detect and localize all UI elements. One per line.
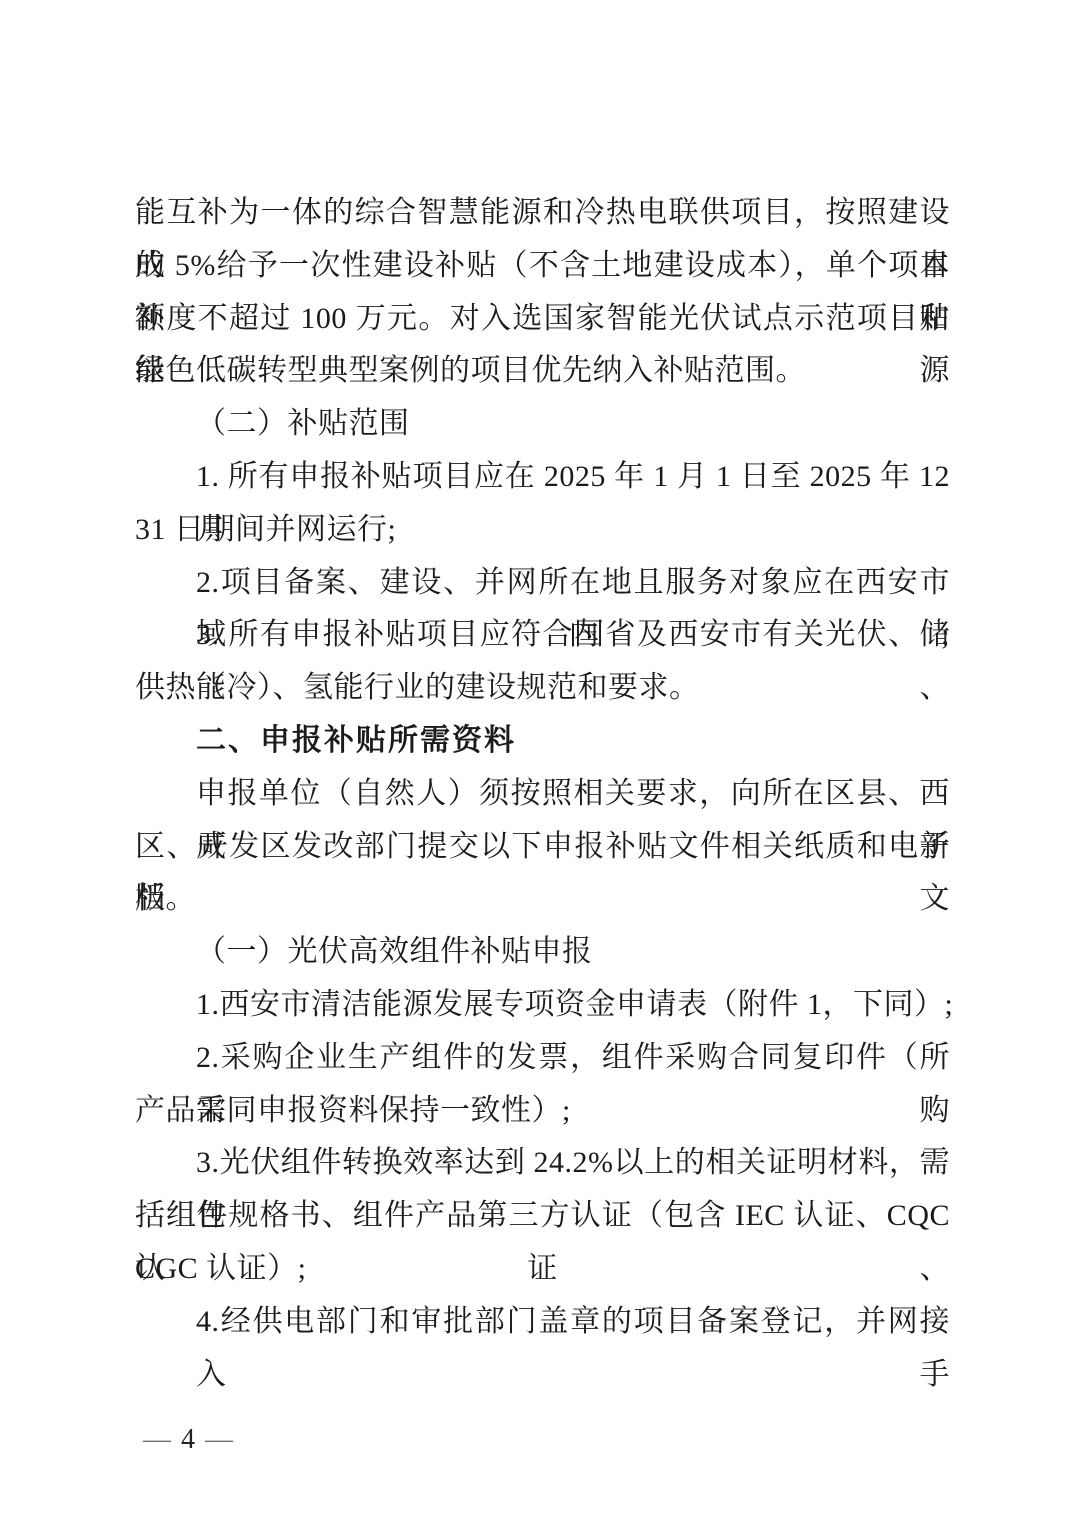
section-heading: 二、申报补贴所需资料 xyxy=(135,715,950,768)
text-line: 能互补为一体的综合智慧能源和冷热电联供项目，按照建设成本 xyxy=(135,187,950,240)
text-line: 4.经供电部门和审批部门盖章的项目备案登记，并网接入手 xyxy=(135,1296,950,1349)
document-page: 能互补为一体的综合智慧能源和冷热电联供项目，按照建设成本的 5%给予一次性建设补… xyxy=(0,0,1080,1527)
page-number: 4 xyxy=(181,1424,195,1455)
text-line: （一）光伏高效组件补贴申报 xyxy=(135,926,950,979)
text-line: 1.西安市清洁能源发展专项资金申请表（附件 1，下同）; xyxy=(135,979,950,1032)
text-line: 3. 所有申报补贴项目应符合国省及西安市有关光伏、储能、 xyxy=(135,609,950,662)
text-line: 31 日期间并网运行; xyxy=(135,504,950,557)
text-line: 1. 所有申报补贴项目应在 2025 年 1 月 1 日至 2025 年 12 … xyxy=(135,451,950,504)
text-line: 2.项目备案、建设、并网所在地且服务对象应在西安市域内; xyxy=(135,557,950,610)
text-line: 2.采购企业生产组件的发票，组件采购合同复印件（所采购 xyxy=(135,1032,950,1085)
text-line: 额度不超过 100 万元。对入选国家智能光伏试点示范项目和能源 xyxy=(135,293,950,346)
text-line: 申报单位（自然人）须按照相关要求，向所在区县、西咸新 xyxy=(135,768,950,821)
text-line: 括组件规格书、组件产品第三方认证（包含 IEC 认证、CQC 认证、 xyxy=(135,1190,950,1243)
page-footer: —4— xyxy=(133,1422,243,1458)
text-line: （二）补贴范围 xyxy=(135,398,950,451)
footer-right-dash: — xyxy=(195,1424,243,1455)
document-body: 能互补为一体的综合智慧能源和冷热电联供项目，按照建设成本的 5%给予一次性建设补… xyxy=(135,187,950,1349)
text-line: 区、开发区发改部门提交以下申报补贴文件相关纸质和电子版文 xyxy=(135,821,950,874)
text-line: 的 5%给予一次性建设补贴（不含土地建设成本），单个项目补贴 xyxy=(135,240,950,293)
text-line: 3.光伏组件转换效率达到 24.2%以上的相关证明材料，需包 xyxy=(135,1137,950,1190)
footer-left-dash: — xyxy=(133,1424,181,1455)
